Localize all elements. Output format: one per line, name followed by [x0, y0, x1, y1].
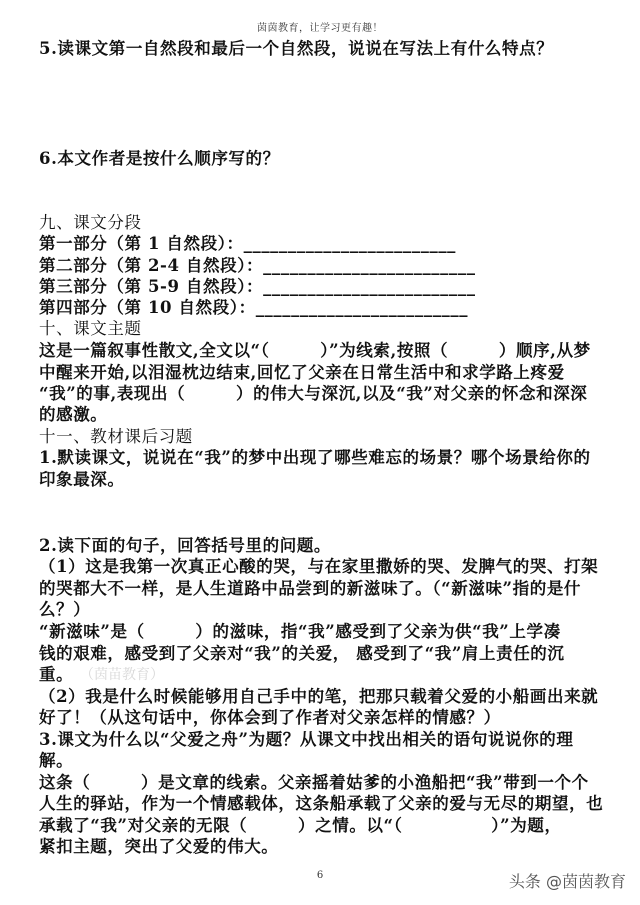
exercise-2-title: 2.读下面的句子，回答括号里的问题。: [39, 535, 331, 556]
part-label: 第二部分（第 2-4 自然段）：: [39, 256, 263, 275]
answer-blank[interactable]: ________________________: [263, 277, 475, 296]
exercise-3-answer-line: 人生的驿站，作为一个情感载体，这条船承载了父亲的爱与无尽的期望，也: [39, 793, 603, 814]
exercise-2-1-answer-line: 钱的艰难，感受到了父亲对“我”的关爱， 感受到了“我”肩上责任的沉: [39, 643, 565, 664]
exercise-2-1-line: 么？）: [39, 599, 90, 620]
question-6: 6.本文作者是按什么顺序写的？: [39, 148, 280, 169]
answer-blank[interactable]: ________________________: [244, 234, 456, 253]
part-4: 第四部分（第 10 自然段）：________________________: [39, 297, 468, 318]
part-1: 第一部分（第 1 自然段）：________________________: [39, 233, 456, 254]
part-label: 第一部分（第 1 自然段）：: [39, 234, 244, 253]
part-2: 第二部分（第 2-4 自然段）：________________________: [39, 255, 476, 276]
page-header: 茵茵教育，让学习更有趣！: [0, 19, 640, 34]
exercise-3-answer-line: 承载了“我”对父亲的无限（ ）之情。以“（ ）”为题，: [39, 815, 562, 836]
exercise-3-answer-line: 紧扣主题，突出了父爱的伟大。: [39, 836, 278, 857]
section-11-title: 十一、教材课后习题: [39, 426, 193, 447]
part-3: 第三部分（第 5-9 自然段）：________________________: [39, 276, 476, 297]
exercise-2-1-answer-line: 重。: [39, 664, 73, 685]
answer-blank[interactable]: ________________________: [263, 256, 475, 275]
exercise-1-line: 印象最深。: [39, 469, 125, 490]
exercise-2-2-line: （2）我是什么时候能够用自己手中的笔，把那只载着父爱的小船画出来就: [39, 686, 598, 707]
theme-line: 这是一篇叙事性散文,全文以“（ ）”为线索,按照（ ）顺序,从梦: [39, 340, 591, 361]
exercise-2-1-answer-line: “新滋味”是（ ）的滋味，指“我”感受到了父亲为供“我”上学凑: [39, 621, 561, 642]
theme-line: 中醒来开始,以泪湿枕边结束,回忆了父亲在日常生活中和求学路上疼爱: [39, 362, 565, 383]
exercise-3-line: 3.课文为什么以“父爱之舟”为题？从课文中找出相关的语句说说你的理: [39, 729, 574, 750]
part-label: 第四部分（第 10 自然段）：: [39, 298, 256, 317]
theme-line: 的感激。: [39, 404, 107, 425]
exercise-2-2-line: 好了！（从这句话中，你体会到了作者对父亲怎样的情感？）: [39, 707, 501, 728]
exercise-3-answer-line: 这条（ ）是文章的线索。父亲摇着姑爹的小渔船把“我”带到一个个: [39, 772, 589, 793]
exercise-1-line: 1.默读课文，说说在“我”的梦中出现了哪些难忘的场景？哪个场景给你的: [39, 447, 591, 468]
exercise-2-1-line: 的哭都大不一样，是人生道路中品尝到的新滋味了。（“新滋味”指的是什: [39, 578, 581, 599]
watermark: （茵苗教育）: [80, 664, 164, 684]
question-5: 5.读课文第一自然段和最后一个自然段，说说在写法上有什么特点？: [39, 38, 553, 59]
answer-blank[interactable]: ________________________: [256, 298, 468, 317]
theme-line: “我”的事,表现出（ ）的伟大与深沉,以及“我”对父亲的怀念和深深: [39, 383, 587, 404]
section-9-title: 九、课文分段: [39, 212, 142, 233]
exercise-3-line: 解。: [39, 750, 73, 771]
part-label: 第三部分（第 5-9 自然段）：: [39, 277, 263, 296]
brand-watermark: 头条 @茵茵教育: [509, 869, 626, 892]
exercise-2-1-line: （1）这是我第一次真正心酸的哭，与在家里撒娇的哭、发脾气的哭、打架: [39, 556, 598, 577]
section-10-title: 十、课文主题: [39, 318, 142, 339]
